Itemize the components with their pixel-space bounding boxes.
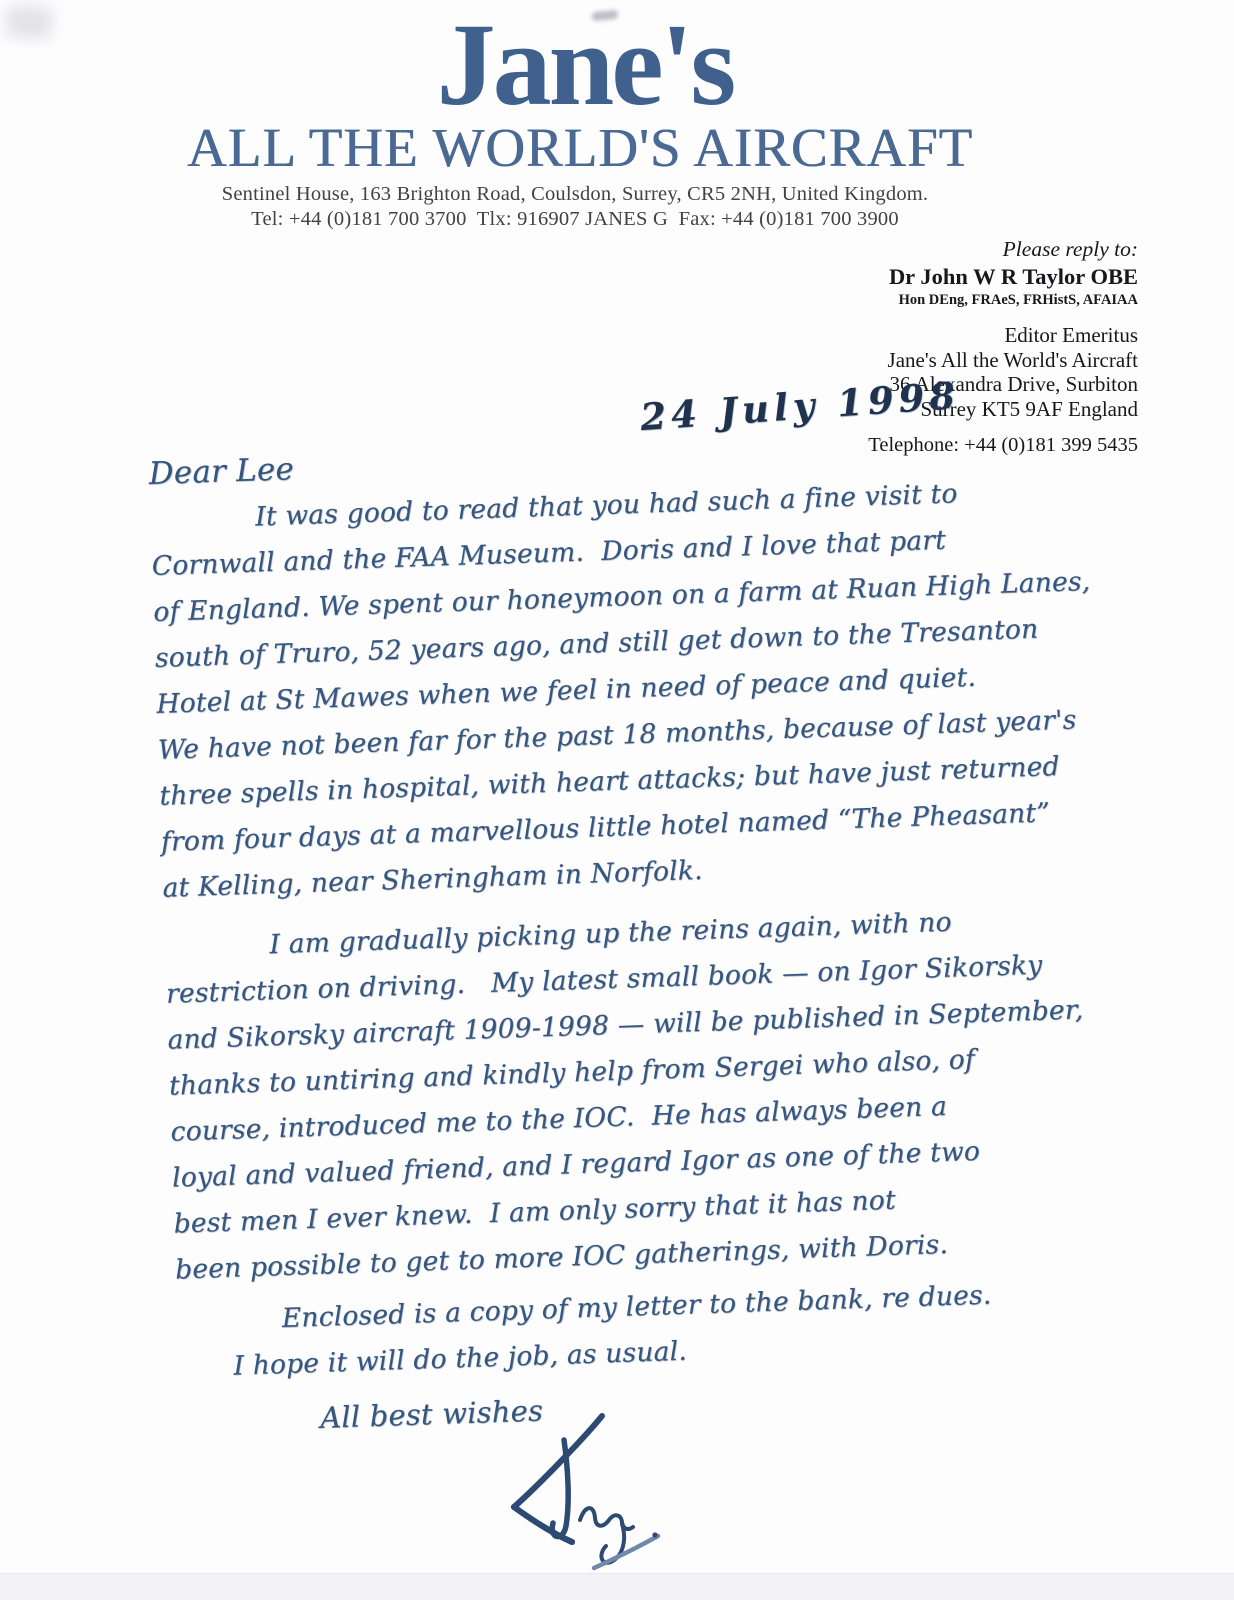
author-organisation: Jane's All the World's Aircraft: [868, 348, 1138, 373]
scan-smudge-corner: [6, 6, 52, 38]
author-honors: Hon DEng, FRAeS, FRHistS, AFAIAA: [868, 292, 1138, 309]
letterhead-contacts: Tel: +44 (0)181 700 3700 Tlx: 916907 JAN…: [0, 208, 1150, 231]
letter-page: Jane's ALL THE WORLD'S AIRCRAFT Sentinel…: [0, 0, 1234, 1600]
scan-edge-strip: [0, 1573, 1234, 1600]
letterhead-title: ALL THE WORLD'S AIRCRAFT: [0, 120, 1160, 175]
signature: John: [492, 1402, 692, 1587]
reply-to-label: Please reply to:: [868, 237, 1138, 262]
author-name: Dr John W R Taylor OBE: [868, 264, 1138, 290]
janes-logo: Jane's: [0, 6, 1170, 124]
author-role: Editor Emeritus: [868, 323, 1138, 348]
signature-drawing: [492, 1402, 692, 1582]
letter-body: Dear Lee It was good to read that you ha…: [148, 421, 1051, 1445]
letterhead-address: Sentinel House, 163 Brighton Road, Couls…: [0, 183, 1150, 206]
